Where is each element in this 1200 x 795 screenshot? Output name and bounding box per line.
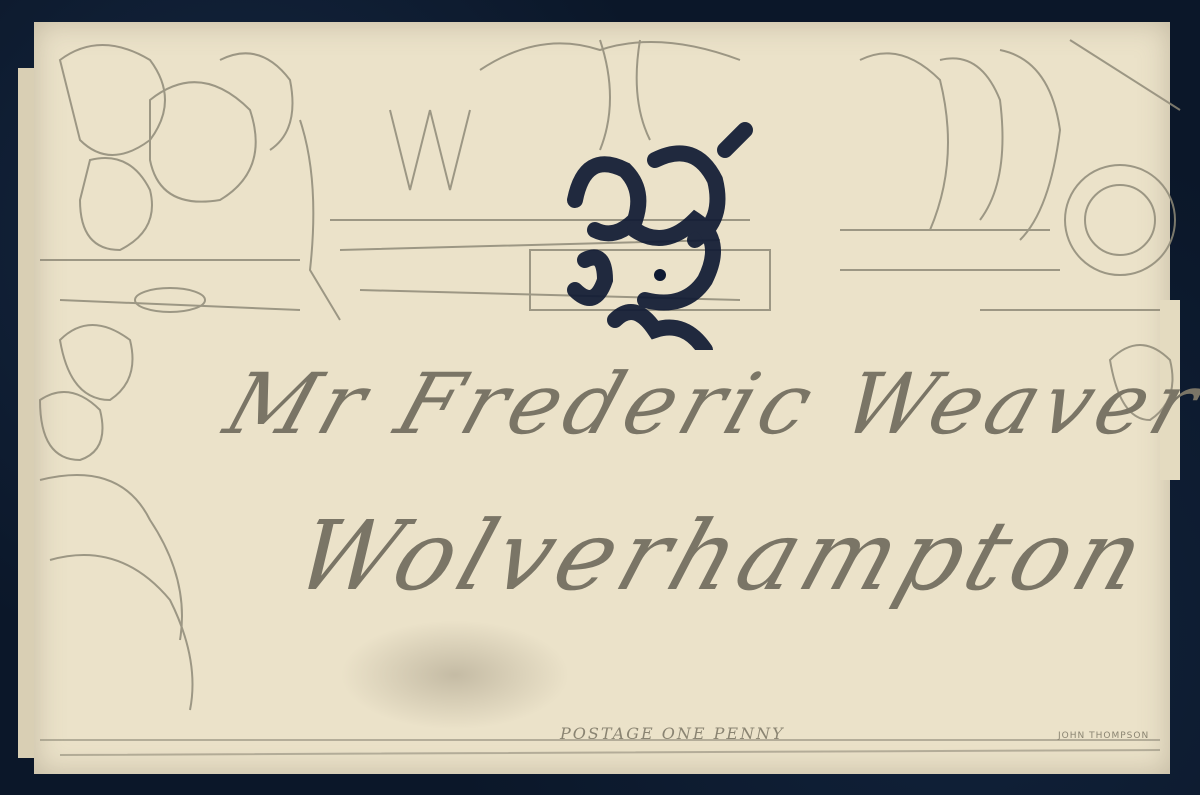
postage-imprint: POSTAGE ONE PENNY (560, 724, 785, 743)
figures-center-left (390, 110, 470, 190)
britannia-wings (480, 42, 740, 70)
address-town: Wolverhampton (282, 500, 1164, 612)
figure-children-left (60, 325, 133, 400)
figure-group-top-right (860, 53, 948, 230)
engraver-credit: JOHN THOMPSON (1058, 731, 1149, 741)
address-recipient: Mr Frederic Weaver (214, 355, 1200, 453)
maltese-cross-cancellation (545, 120, 760, 350)
